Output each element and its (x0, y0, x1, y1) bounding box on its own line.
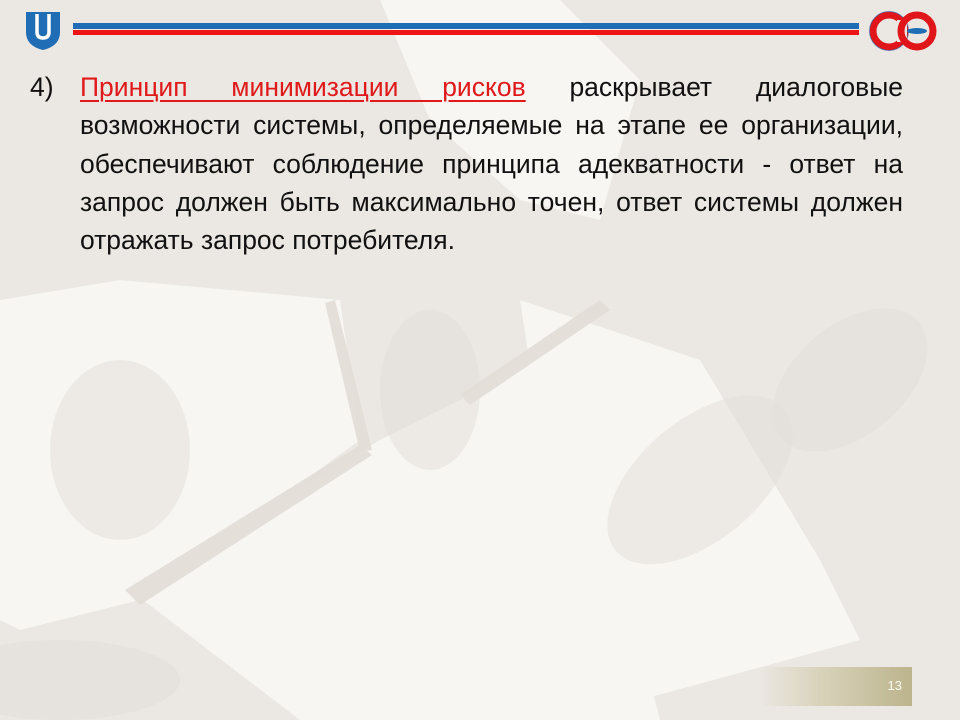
header-stripe-red (73, 30, 859, 35)
item-text: Принцип минимизации рисков раскрывает ди… (80, 68, 903, 259)
item-number: 4) (30, 68, 80, 259)
slide-content: 4) Принцип минимизации рисков раскрывает… (30, 68, 903, 259)
footer-bar: 13 (760, 667, 912, 706)
se-circles-logo (869, 10, 937, 52)
list-item: 4) Принцип минимизации рисков раскрывает… (30, 68, 903, 259)
page-number: 13 (888, 678, 902, 693)
header-stripe-blue (73, 23, 859, 29)
university-shield-logo (24, 10, 62, 50)
principle-term-link[interactable]: Принцип минимизации рисков (80, 72, 526, 102)
